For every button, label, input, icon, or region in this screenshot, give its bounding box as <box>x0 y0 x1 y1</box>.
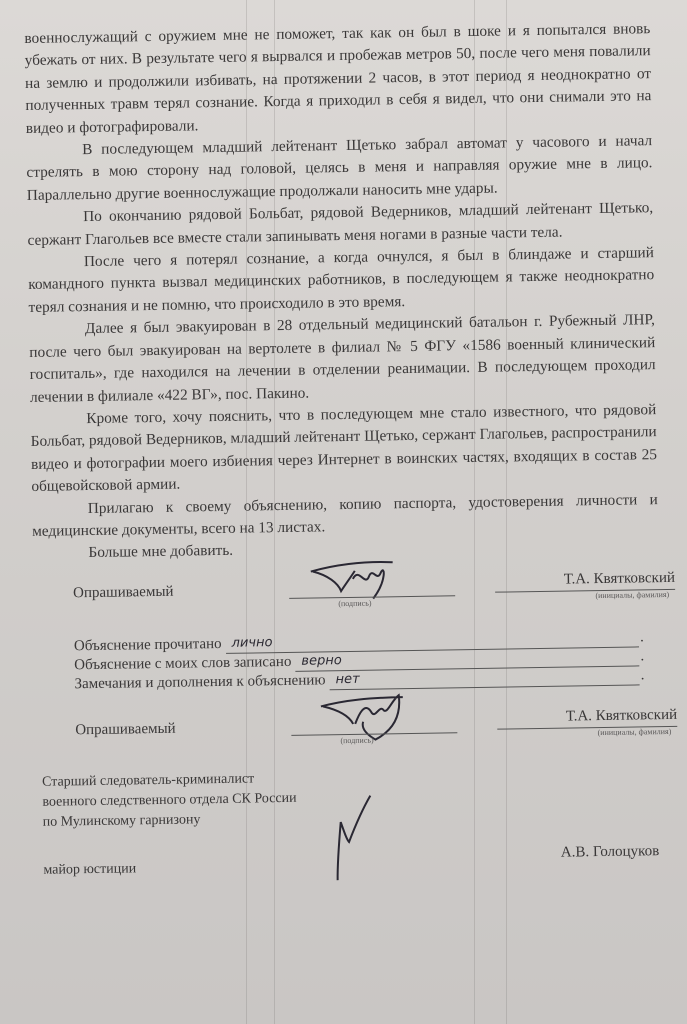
name-caption: (инициалы, фамилия) <box>497 727 677 739</box>
interviewee-label: Опрашиваемый <box>75 720 176 739</box>
interviewee-label: Опрашиваемый <box>73 583 174 602</box>
field-line: нет <box>329 669 639 690</box>
interviewee-name-block: Т.А. Квятковский (инициалы, фамилия) <box>497 707 677 739</box>
document-content: военнослужащий с оружием мне не поможет,… <box>24 4 664 880</box>
paragraph: военнослужащий с оружием мне не поможет,… <box>24 4 652 140</box>
document-page: военнослужащий с оружием мне не поможет,… <box>0 0 687 1024</box>
paragraph: После чего я потерял сознание, а когда о… <box>28 242 655 319</box>
name-caption: (инициалы, фамилия) <box>495 590 675 602</box>
interviewee-name-block: Т.А. Квятковский (инициалы, фамилия) <box>495 570 675 602</box>
investigator-name: А.В. Голоцуков <box>561 841 660 863</box>
interviewee-name: Т.А. Квятковский <box>495 570 675 590</box>
field-label: Объяснение прочитано <box>74 635 222 656</box>
confirmation-fields: Объяснение прочитано лично . Объяснение … <box>74 628 661 694</box>
paragraph: Далее я был эвакуирован в 28 отдельный м… <box>29 309 656 408</box>
interviewee-signature-row-2: Опрашиваемый (подпись) Т.А. Квятковский … <box>35 699 662 753</box>
interviewee-name: Т.А. Квятковский <box>497 707 677 727</box>
investigator-signature-icon <box>318 791 379 882</box>
handwritten-value: лично <box>231 633 272 653</box>
handwritten-value: нет <box>335 670 359 689</box>
interviewee-signature-row-1: Опрашиваемый (подпись) Т.А. Квятковский … <box>33 562 660 616</box>
paragraph: Кроме того, хочу пояснить, что в последу… <box>30 399 657 498</box>
paragraph: В последующем младший лейтенант Щетько з… <box>26 130 653 207</box>
statement-body: военнослужащий с оружием мне не поможет,… <box>24 4 659 566</box>
signature-caption: (подпись) <box>340 735 373 745</box>
signature-caption: (подпись) <box>338 598 371 608</box>
investigator-block: Старший следователь-криминалист военного… <box>36 763 664 881</box>
field-label: Замечания и дополнения к объяснению <box>74 671 325 694</box>
handwritten-value: верно <box>301 651 342 671</box>
